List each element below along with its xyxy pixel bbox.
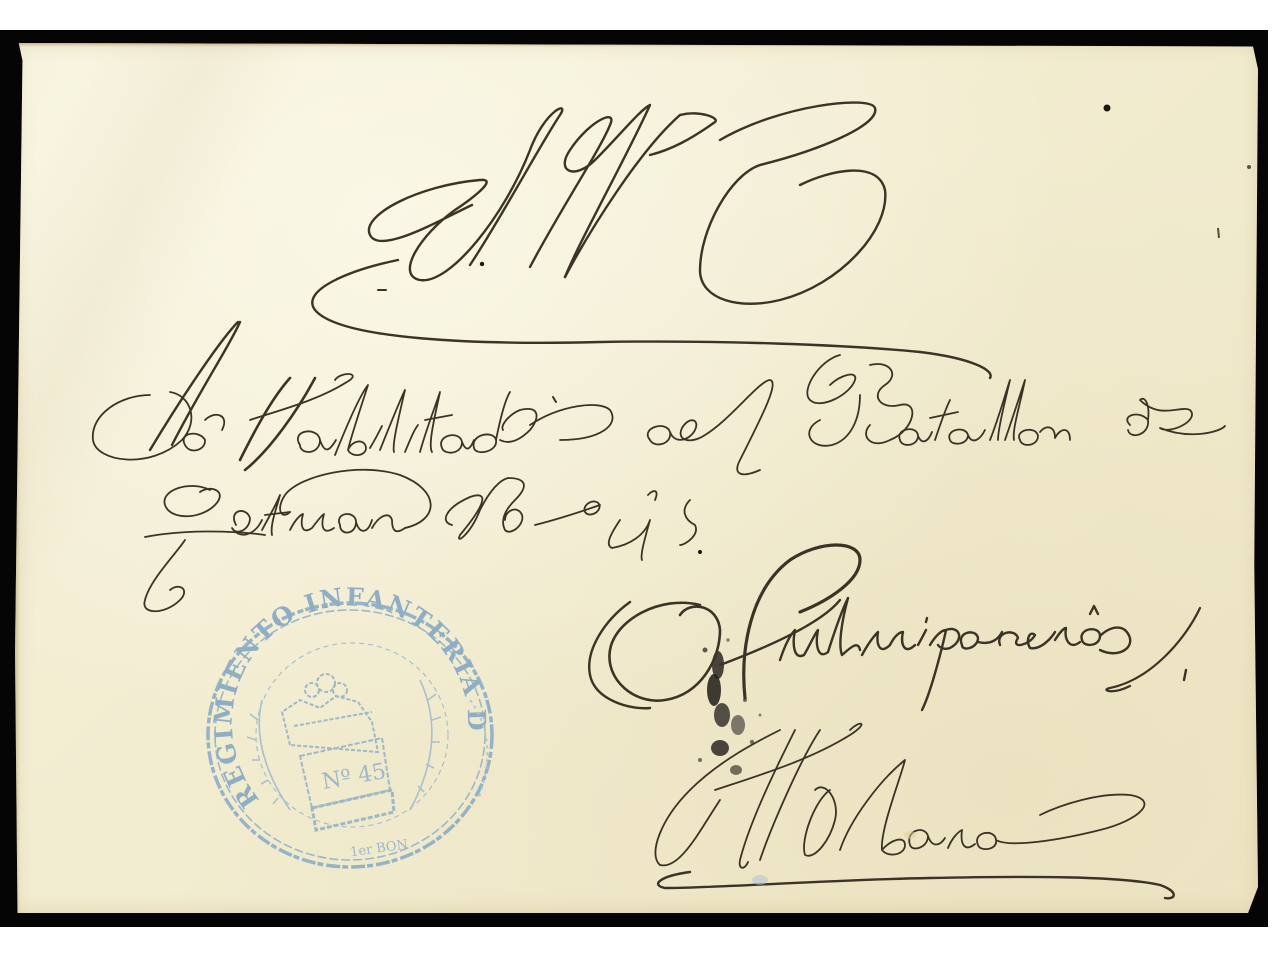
- ink-spot: [1247, 165, 1251, 169]
- foxing-spot: [904, 831, 916, 839]
- rate-handstamp: [698, 638, 762, 775]
- seal-number: Nº 45: [320, 759, 388, 795]
- envelope-markings: REGIMIENTO INFANTERIA DE TETUAN Nº 45 1e…: [0, 0, 1276, 956]
- crown-icon: [282, 674, 378, 752]
- ink-spot: [1218, 228, 1219, 238]
- blue-ink-trace: [752, 875, 768, 885]
- ink-spot: [1104, 105, 1111, 112]
